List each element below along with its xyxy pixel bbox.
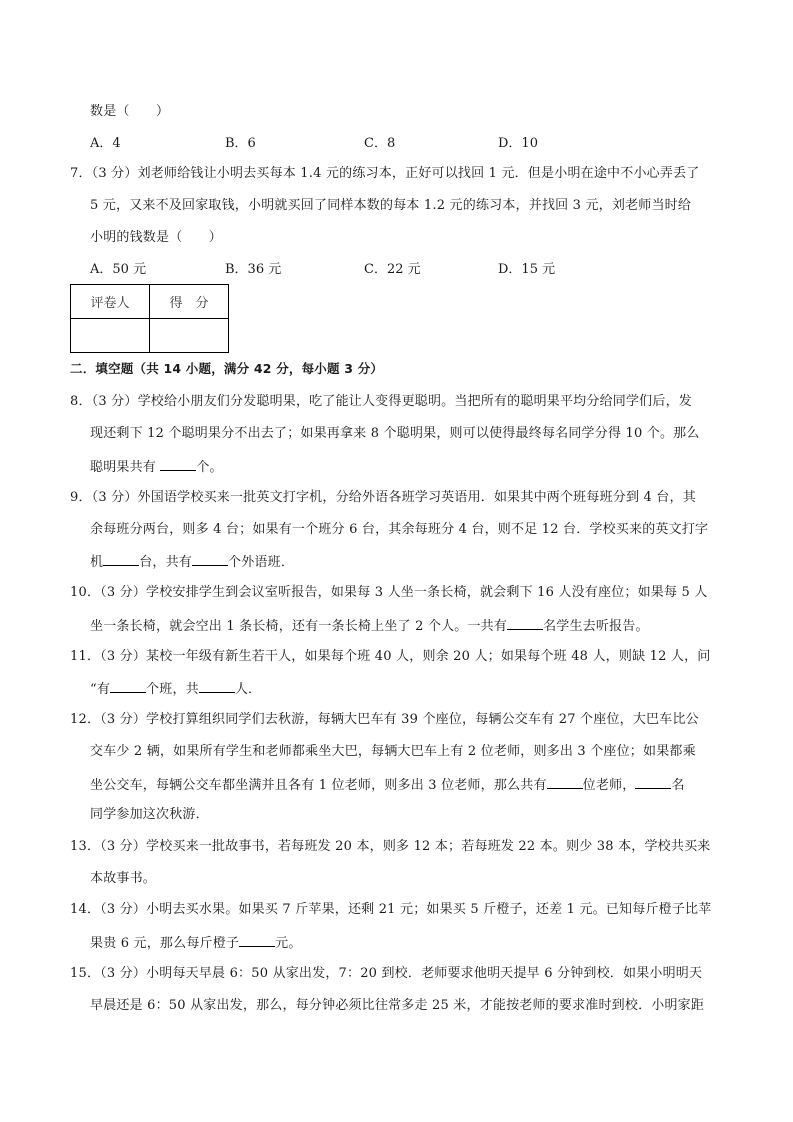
q9-text-a: 机 xyxy=(90,555,103,570)
q8-line-2: 现还剩下 12 个聪明果分不出去了；如果再拿来 8 个聪明果，则可以使得最终每名… xyxy=(90,426,700,442)
score-table: 评卷人 得 分 xyxy=(70,284,229,353)
q15-line-2: 早晨还是 6：50 从家出发，那么，每分钟必须比往常多走 25 米，才能按老师的… xyxy=(90,998,704,1014)
q7-line-1: 7．（3 分）刘老师给钱让小明去买每本 1.4 元的练习本，正好可以找回 1 元… xyxy=(70,166,699,182)
q11-people-blank[interactable] xyxy=(199,680,235,693)
q12-teachers-blank[interactable] xyxy=(547,776,583,789)
grader-cell[interactable] xyxy=(71,319,150,353)
score-header: 得 分 xyxy=(150,285,229,319)
q11-line-1: 11．（3 分）某校一年级有新生若干人，如果每个班 40 人，则余 20 人；如… xyxy=(70,649,710,665)
q10-students-blank[interactable] xyxy=(507,617,543,630)
q14-text-a: 果贵 6 元，那么每斤橙子 xyxy=(90,936,239,951)
q9-line-1: 9．（3 分）外国语学校买来一批英文打字机，分给外语各班学习英语用．如果其中两个… xyxy=(70,490,696,506)
q14-text-b: 元。 xyxy=(275,936,301,951)
q10-line-2: 坐一条长椅，就会空出 1 条长椅，还有一条长椅上坐了 2 个人。一共有名学生去听… xyxy=(90,617,649,635)
q9-line-2: 余每班分两台，则多 4 台；如果有一个班分 6 台，其余每班分 4 台，则不足 … xyxy=(90,522,708,538)
q10-line-1: 10．（3 分）学校安排学生到会议室听报告，如果每 3 人坐一条长椅，就会剩下 … xyxy=(70,585,708,601)
q14-line-2: 果贵 6 元，那么每斤橙子元。 xyxy=(90,934,302,952)
q8-line-1: 8．（3 分）学校给小朋友们分发聪明果，吃了能让人变得更聪明。当把所有的聪明果平… xyxy=(70,394,692,410)
q11-line-2: “有个班，共人． xyxy=(90,680,261,698)
q14-line-1: 14．（3 分）小明去买水果。如果买 7 斤苹果，还剩 21 元；如果买 5 斤… xyxy=(70,902,711,918)
q11-text-c: 人． xyxy=(235,682,261,697)
q9-classes-blank[interactable] xyxy=(192,553,228,566)
q6-option-c: C．8 xyxy=(364,136,395,152)
q12-line-2: 交车少 2 辆，如果所有学生和老师都乘坐大巴，每辆大巴车上有 2 位老师，则多出… xyxy=(90,744,696,760)
grader-header: 评卷人 xyxy=(71,285,150,319)
q15-line-1: 15．（3 分）小明每天早晨 6：50 从家出发，7：20 到校．老师要求他明天… xyxy=(70,966,702,982)
q6-text-cont: 数是（ ） xyxy=(90,104,169,120)
q7-option-c: C．22 元 xyxy=(364,262,421,278)
q8-text-after-blank: 个。 xyxy=(196,460,222,475)
q7-option-a: A．50 元 xyxy=(90,262,146,278)
q7-line-2: 5 元，又来不及回家取钱，小明就买回了同样本数的每本 1.2 元的练习本，并找回… xyxy=(90,198,691,214)
q11-text-a: “有 xyxy=(90,682,110,697)
q9-text-c: 个外语班． xyxy=(228,555,294,570)
q6-option-a: A．4 xyxy=(90,136,121,152)
q8-line-3: 聪明果共有 个。 xyxy=(90,458,223,476)
q13-line-2: 本故事书。 xyxy=(90,871,156,887)
q10-text-b: 名学生去听报告。 xyxy=(543,619,649,634)
q11-text-b: 个班，共 xyxy=(146,682,199,697)
q12-text-a: 坐公交车，每辆公交车都坐满并且各有 1 位老师，则多出 3 位老师，那么共有 xyxy=(90,778,547,793)
q12-line-3: 坐公交车，每辆公交车都坐满并且各有 1 位老师，则多出 3 位老师，那么共有位老… xyxy=(90,776,685,794)
q9-line-3: 机台，共有个外语班． xyxy=(90,553,294,571)
q12-text-b: 位老师， xyxy=(583,778,636,793)
q6-option-b: B．6 xyxy=(225,136,256,152)
q12-text-c: 名 xyxy=(671,778,684,793)
q13-line-1: 13．（3 分）学校买来一批故事书，若每班发 20 本，则多 12 本；若每班发… xyxy=(70,839,710,855)
score-cell[interactable] xyxy=(150,319,229,353)
q12-line-4: 同学参加这次秋游． xyxy=(90,807,209,823)
section-title-fill-in: 二．填空题（共 14 小题，满分 42 分，每小题 3 分） xyxy=(70,361,383,377)
q10-text-a: 坐一条长椅，就会空出 1 条长椅，还有一条长椅上坐了 2 个人。一共有 xyxy=(90,619,507,634)
q12-students-blank[interactable] xyxy=(635,776,671,789)
q12-line-1: 12．（3 分）学校打算组织同学们去秋游，每辆大巴车有 39 个座位，每辆公交车… xyxy=(70,712,699,728)
q14-price-blank[interactable] xyxy=(239,934,275,947)
q8-text-before-blank: 聪明果共有 xyxy=(90,460,160,475)
q7-line-3: 小明的钱数是（ ） xyxy=(90,230,222,246)
q9-typewriters-blank[interactable] xyxy=(103,553,139,566)
q9-text-b: 台，共有 xyxy=(139,555,192,570)
q7-option-b: B．36 元 xyxy=(225,262,281,278)
q8-answer-blank[interactable] xyxy=(160,458,196,471)
q11-classes-blank[interactable] xyxy=(110,680,146,693)
q6-option-d: D．10 xyxy=(498,136,538,152)
q7-option-d: D．15 元 xyxy=(498,262,555,278)
